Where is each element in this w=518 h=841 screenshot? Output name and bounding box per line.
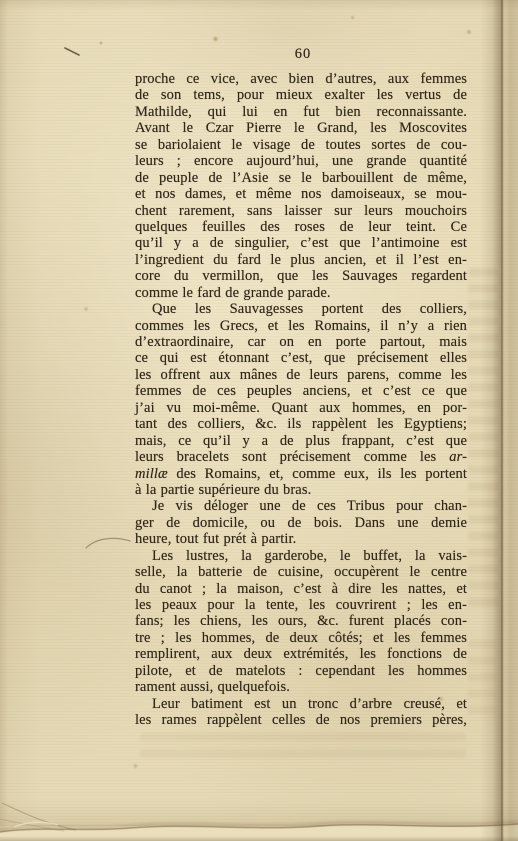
right-page-edge: [480, 0, 518, 841]
text-line: core du vermillon, que les Sauvages rega…: [135, 268, 467, 284]
text-line: mais, ce qu’il y a de plus frappant, c’e…: [135, 433, 467, 449]
text-line: Je vis déloger une de ces Tribus pour ch…: [135, 498, 467, 514]
text-line: et nos dames, et même nos damoiseaux, se…: [135, 186, 467, 202]
text-line: les offrent aux mânes de leurs parens, c…: [135, 367, 467, 383]
text-line: les peaux pour la tente, les couvrirent …: [135, 597, 467, 613]
text-line: remplirent, aux deux extrémités, les fon…: [135, 646, 467, 662]
text-line: de son tems, pour mieux exalter les vert…: [135, 87, 467, 103]
paper-speck: [83, 306, 89, 312]
text-line: rament aussi, quelquefois.: [135, 679, 467, 695]
bottom-tear-edge: [0, 775, 518, 841]
paper-speck: [466, 29, 472, 35]
text-line: se bariolaient le visage de toutes sorte…: [135, 137, 467, 153]
text-line: femmes de ces peuples anciens, et c’est …: [135, 383, 467, 399]
text-line: leurs ; encore aujourd’hui, une grande q…: [135, 153, 467, 169]
paper-speck: [212, 36, 219, 42]
book-page-photo: { "page_number": "60", "colors": { "pape…: [0, 0, 518, 841]
text-line: Les lustres, la garderobe, le buffet, la…: [135, 548, 467, 564]
text-line: de peuple de l’Asie se le barbouillent d…: [135, 170, 467, 186]
margin-mark: [82, 532, 134, 554]
right-page-edge-line: [501, 0, 503, 841]
paper-speck: [99, 41, 103, 45]
page-number: 60: [137, 46, 469, 62]
text-line: Avant le Czar Pierre le Grand, les Mosco…: [135, 120, 467, 136]
text-line: les rames rappèlent celles de nos premie…: [135, 712, 467, 728]
page-text: proche ce vice, avec bien d’autres, aux …: [135, 71, 467, 729]
text-line: heure, tout fut prét à partir.: [135, 531, 467, 547]
text-line: tant des colliers, &c. ils rappèlent les…: [135, 416, 467, 432]
paper-speck: [350, 15, 355, 20]
text-line: comme le fard de grande parade.: [135, 285, 467, 301]
text-line: d’extraordinaire, car on en porte partou…: [135, 334, 467, 350]
text-line: commes les Grecs, et les Romains, il n’y…: [135, 318, 467, 334]
text-line: l’ingredient du fard le plus ancien, et …: [135, 252, 467, 268]
paper-speck: [132, 763, 139, 769]
margin-mark: [62, 44, 86, 60]
text-line: du canot ; la maison, c’est à dire les n…: [135, 581, 467, 597]
text-line: tre ; les hommes, de deux côtés; et les …: [135, 630, 467, 646]
bleedthrough-smudge: [140, 733, 466, 759]
text-line: Mathilde, qui lui en fut bien reconnaiss…: [135, 104, 467, 120]
text-line: millæ des Romains, et, comme eux, ils le…: [135, 466, 467, 482]
text-line: ger de domicile, ou de bois. Dans une de…: [135, 515, 467, 531]
text-line: à la partie supérieure du bras.: [135, 482, 467, 498]
text-line: proche ce vice, avec bien d’autres, aux …: [135, 71, 467, 87]
text-line: pilote, et de matelots : cependant les h…: [135, 663, 467, 679]
text-line: fans; les chiens, les ours, &c. furent p…: [135, 613, 467, 629]
bottom-page-edge: [0, 836, 518, 841]
text-line: qu’il y a de singulier, c’est que l’anti…: [135, 235, 467, 251]
text-line: j’ai vu moi-même. Quant aux hommes, en p…: [135, 400, 467, 416]
text-line: quelques feuilles des roses de leur tein…: [135, 219, 467, 235]
text-line: Leur batiment est un tronc d’arbre creus…: [135, 696, 467, 712]
text-line: Que les Sauvagesses portent des colliers…: [135, 301, 467, 317]
text-line: leurs bracelets sont précisement comme l…: [135, 449, 467, 465]
text-line: ce qui est étonnant c’est, que préciseme…: [135, 350, 467, 366]
text-line: chent rarement, sans laisser sur leurs m…: [135, 203, 467, 219]
text-line: selle, la batterie de cuisine, occupèren…: [135, 564, 467, 580]
